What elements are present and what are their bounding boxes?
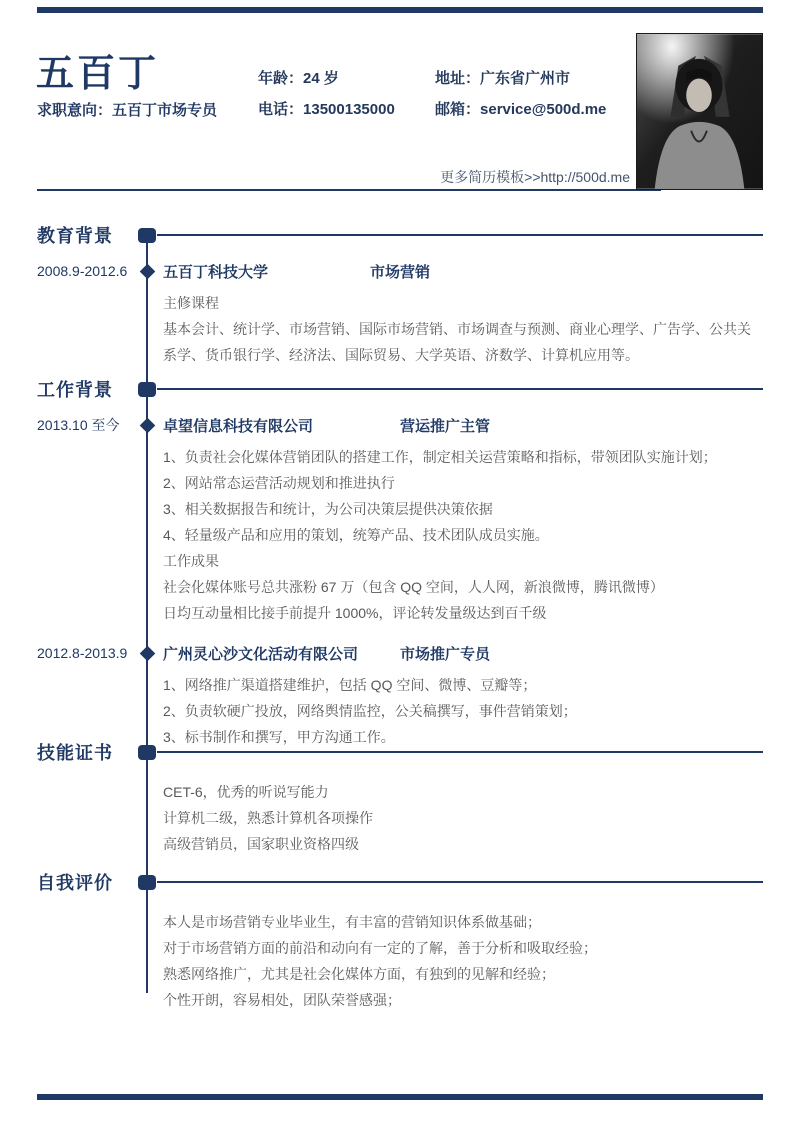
self-evaluation-line: 个性开朗，容易相处，团队荣誉感强；	[163, 987, 763, 1013]
work-entry-1: 2013.10 至今 卓望信息科技有限公司 营运推广主管	[37, 414, 763, 436]
email-row: 邮箱：service@500d.me	[435, 98, 606, 118]
work-line: 日均互动量相比接手前提升 1000%，评论转发量级达到百千级	[163, 600, 763, 626]
course-list: 基本会计、统计学、市场营销、国际市场营销、市场调查与预测、商业心理学、广告学、公…	[163, 316, 763, 368]
job-intent: 求职意向：五百丁市场专员	[37, 99, 217, 120]
skill-line: CET-6，优秀的听说写能力	[163, 779, 763, 805]
self-evaluation-line: 本人是市场营销专业毕业生，有丰富的营销知识体系做基础；	[163, 909, 763, 935]
company-name: 卓望信息科技有限公司	[157, 415, 400, 436]
education-entry: 2008.9-2012.6 五百丁科技大学 市场营销	[37, 260, 763, 282]
phone-row: 电话：13500135000	[258, 98, 395, 118]
work-line: 1、网络推广渠道搭建维护，包括 QQ 空间、微博、豆瓣等；	[163, 672, 763, 698]
section-header: 教育背景	[37, 222, 763, 248]
school-name: 五百丁科技大学	[157, 261, 370, 282]
section-rule-line	[157, 388, 763, 390]
company-name: 广州灵心沙文化活动有限公司	[157, 643, 400, 664]
email-value: service@500d.me	[480, 101, 606, 118]
section-rule-line	[157, 881, 763, 883]
course-label: 主修课程	[163, 290, 763, 316]
address-row: 地址：广东省广州市	[435, 67, 606, 87]
work-line: 1、负责社会化媒体营销团队的搭建工作，制定相关运营策略和指标，带领团队实施计划；	[163, 444, 763, 470]
work-line: 2、网站常态运营活动规划和推进执行	[163, 470, 763, 496]
address-value: 广东省广州市	[480, 70, 570, 87]
work-date: 2013.10 至今	[37, 415, 137, 435]
section-marker-square	[138, 228, 156, 243]
work-entry-2: 2012.8-2013.9 广州灵心沙文化活动有限公司 市场推广专员	[37, 642, 763, 664]
work-date: 2012.8-2013.9	[37, 645, 137, 661]
work-line: 4、轻量级产品和应用的策划，统筹产品、技术团队成员实施。	[163, 522, 763, 548]
section-marker-square	[138, 875, 156, 890]
phone-value: 13500135000	[303, 101, 395, 118]
skill-line: 高级营销员，国家职业资格四级	[163, 831, 763, 857]
self-evaluation-line: 对于市场营销方面的前沿和动向有一定的了解，善于分析和吸取经验；	[163, 935, 763, 961]
work-details-1: 1、负责社会化媒体营销团队的搭建工作，制定相关运营策略和指标，带领团队实施计划；…	[163, 444, 763, 626]
section-education: 教育背景 2008.9-2012.6 五百丁科技大学 市场营销 主修课程 基本会…	[37, 222, 763, 368]
section-skills: 技能证书 CET-6，优秀的听说写能力 计算机二级，熟悉计算机各项操作 高级营销…	[37, 739, 763, 857]
work-line: 3、相关数据报告和统计，为公司决策层提供决策依据	[163, 496, 763, 522]
section-marker-square	[138, 745, 156, 760]
resume-page: 五百丁 求职意向：五百丁市场专员 年龄：24 岁 电话：13500135000 …	[0, 0, 800, 1132]
major-name: 市场营销	[370, 261, 430, 282]
self-evaluation-details: 本人是市场营销专业毕业生，有丰富的营销知识体系做基础； 对于市场营销方面的前沿和…	[163, 909, 763, 1013]
education-date: 2008.9-2012.6	[37, 263, 137, 279]
timeline-diamond-icon	[139, 417, 155, 433]
work-result-label: 工作成果	[163, 548, 763, 574]
timeline-diamond-icon	[139, 263, 155, 279]
phone-label: 电话：	[258, 101, 303, 118]
header-divider-line	[37, 189, 661, 191]
section-self-evaluation: 自我评价 本人是市场营销专业毕业生，有丰富的营销知识体系做基础； 对于市场营销方…	[37, 869, 763, 1013]
section-header: 工作背景	[37, 376, 763, 402]
self-evaluation-line: 熟悉网络推广，尤其是社会化媒体方面，有独到的见解和经验；	[163, 961, 763, 987]
position-title: 市场推广专员	[400, 643, 490, 664]
section-title: 自我评价	[37, 869, 137, 895]
contact-column-1: 年龄：24 岁 电话：13500135000	[258, 67, 395, 129]
section-title: 技能证书	[37, 739, 137, 765]
section-rule-line	[157, 751, 763, 753]
section-marker-square	[138, 382, 156, 397]
age-value: 24 岁	[303, 70, 339, 87]
top-accent-bar	[37, 7, 763, 13]
section-header: 自我评价	[37, 869, 763, 895]
candidate-name: 五百丁	[36, 42, 159, 97]
contact-column-2: 地址：广东省广州市 邮箱：service@500d.me	[435, 67, 606, 129]
work-line: 社会化媒体账号总共涨粉 67 万（包含 QQ 空间，人人网，新浪微博，腾讯微博）	[163, 574, 763, 600]
timeline-diamond-icon	[139, 645, 155, 661]
more-templates-link[interactable]: 更多简历模板>>http://500d.me	[37, 167, 630, 187]
section-header: 技能证书	[37, 739, 763, 765]
skills-details: CET-6，优秀的听说写能力 计算机二级，熟悉计算机各项操作 高级营销员，国家职…	[163, 779, 763, 857]
address-label: 地址：	[435, 70, 480, 87]
email-label: 邮箱：	[435, 101, 480, 118]
section-title: 工作背景	[37, 376, 137, 402]
age-label: 年龄：	[258, 70, 303, 87]
work-line: 2、负责软硬广投放，网络舆情监控，公关稿撰写，事件营销策划；	[163, 698, 763, 724]
section-title: 教育背景	[37, 222, 137, 248]
section-rule-line	[157, 234, 763, 236]
profile-photo	[636, 33, 763, 190]
bottom-accent-bar	[37, 1094, 763, 1100]
position-title: 营运推广主管	[400, 415, 490, 436]
skill-line: 计算机二级，熟悉计算机各项操作	[163, 805, 763, 831]
age-row: 年龄：24 岁	[258, 67, 395, 87]
education-details: 主修课程 基本会计、统计学、市场营销、国际市场营销、市场调查与预测、商业心理学、…	[163, 290, 763, 368]
section-work: 工作背景 2013.10 至今 卓望信息科技有限公司 营运推广主管 1、负责社会…	[37, 376, 763, 750]
